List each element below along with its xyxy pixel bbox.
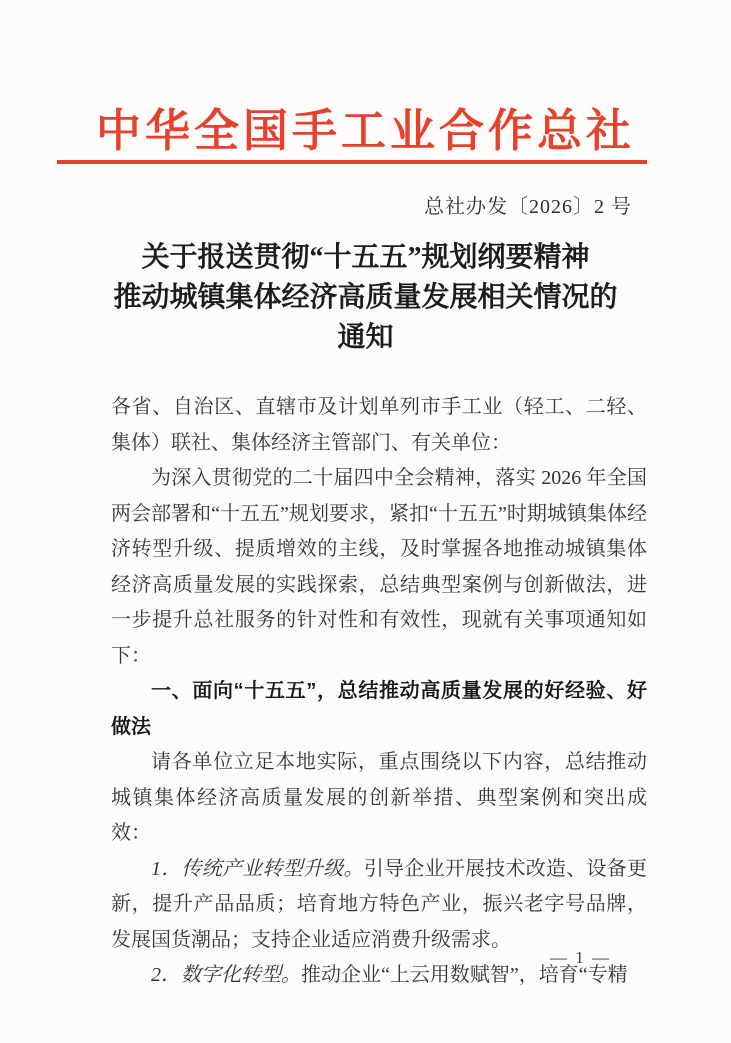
document-title: 关于报送贯彻“十五五”规划纲要精神 推动城镇集体经济高质量发展相关情况的 通知 [50, 238, 681, 358]
list-item-1-lead: 1．传统产业转型升级。 [151, 858, 364, 880]
list-item-1: 1．传统产业转型升级。引导企业开展技术改造、设备更新，提升产品品质；培育地方特色… [111, 852, 647, 959]
intro-paragraph: 为深入贯彻党的二十届四中全会精神，落实 2026 年全国两会部署和“十五五”规划… [111, 461, 647, 674]
masthead-org-name: 中华全国手工业合作总社 [0, 94, 731, 159]
section-1-intro-paragraph: 请各单位立足本地实际，重点围绕以下内容，总结推动城镇集体经济高质量发展的创新举措… [111, 745, 647, 852]
document-title-line3: 通知 [50, 318, 681, 358]
salutation-paragraph: 各省、自治区、直辖市及计划单列市手工业（轻工、二轻、集体）联社、集体经济主管部门… [111, 390, 647, 461]
official-document-page: 中华全国手工业合作总社 总社办发〔2026〕2 号 关于报送贯彻“十五五”规划纲… [0, 0, 731, 1043]
masthead-divider-rule [57, 160, 647, 164]
list-item-2-lead: 2．数字化转型。 [151, 964, 301, 986]
document-title-line1: 关于报送贯彻“十五五”规划纲要精神 [50, 238, 681, 278]
document-title-line2: 推动城镇集体经济高质量发展相关情况的 [50, 278, 681, 318]
section-1-heading: 一、面向“十五五”，总结推动高质量发展的好经验、好做法 [111, 674, 647, 745]
page-number: — 1 — [550, 948, 611, 968]
document-number: 总社办发〔2026〕2 号 [424, 190, 632, 219]
document-body: 各省、自治区、直辖市及计划单列市手工业（轻工、二轻、集体）联社、集体经济主管部门… [111, 390, 647, 994]
